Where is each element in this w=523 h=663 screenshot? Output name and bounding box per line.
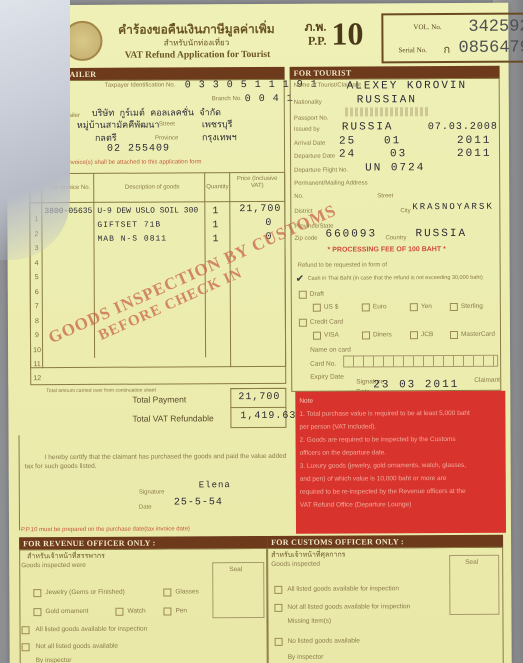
diners-checkbox[interactable] [362, 331, 370, 339]
arrival-month: 01 [384, 135, 401, 147]
zip-code-value: 660093 [325, 228, 377, 240]
form-code: ภ.พ. P.P. [296, 20, 326, 48]
row-3-qty: 1 [212, 234, 219, 245]
draft-label: Draft [310, 291, 324, 298]
pen-label: Pen [175, 607, 187, 614]
note-line: and pen) of which value is 10,000 baht o… [300, 472, 502, 486]
usd-checkbox[interactable] [313, 304, 321, 312]
revenue-goods-label: Goods inspected were [21, 562, 86, 569]
row-number: 11 [32, 361, 42, 368]
telephone-value: 02 255409 [107, 143, 170, 154]
departure-date-label: Departure Date [294, 154, 335, 161]
departure-month: 03 [390, 148, 407, 160]
row-number: 9 [32, 332, 42, 339]
vat-refund-form: คำร้องขอคืนเงินภาษีมูลค่าเพิ่ม สำหรับนัก… [6, 3, 511, 663]
cash-checkmark-icon[interactable]: ✔ [296, 274, 304, 285]
customs-missing-label: Missing item(s) [287, 618, 331, 625]
tourist-district-label: District [294, 209, 312, 216]
branch-value: 0 0 4 1 [245, 94, 294, 105]
row-number: 5 [32, 274, 42, 281]
glasses-checkbox[interactable] [163, 588, 171, 596]
serial-label: Serial No. [398, 46, 426, 54]
mastercard-checkbox[interactable] [450, 331, 458, 339]
revenue-not-all-checkbox[interactable] [22, 643, 30, 651]
note-box: Note 1. Total purchase value is required… [295, 391, 506, 534]
revenue-seal-label: Seal [229, 566, 242, 573]
tourist-street-label: Street [377, 193, 393, 200]
vol-value: 342592 [468, 18, 523, 37]
note-line: per person (VAT included). [299, 420, 501, 434]
credit-card-label: Credit Card [310, 319, 343, 326]
country-value: RUSSIA [415, 228, 467, 240]
processing-fee-notice: * PROCESSING FEE OF 100 BAHT * [328, 246, 446, 254]
note-line: required to be re-inspected by the Reven… [300, 485, 502, 499]
watch-label: Watch [127, 608, 145, 615]
note-line: officers on the departure date. [300, 446, 502, 460]
glasses-label: Glasses [175, 588, 199, 595]
arrival-date-label: Arrival Date [294, 141, 325, 148]
jcb-checkbox[interactable] [410, 331, 418, 339]
pp10-note: P.P.10 must be prepared on the purchase … [21, 526, 190, 533]
euro-checkbox[interactable] [362, 303, 370, 311]
name-on-card-label: Name on card [310, 347, 351, 354]
tourist-name-value: ALEXEY KOROVIN [347, 80, 467, 93]
customs-all-listed-label: All listed goods available for inspectio… [287, 585, 399, 593]
sterling-label: Sterling [461, 303, 483, 310]
form-number: 10 [331, 15, 363, 52]
certification-text: I hereby certify that the claimant has p… [25, 452, 293, 471]
yen-label: Yen [421, 303, 432, 310]
revenue-by-inspector-label: By inspector [36, 657, 72, 663]
retailer-date-label: Date [139, 505, 152, 512]
branch-label: Branch No. [212, 96, 242, 103]
th-description: Description of goods [112, 184, 192, 191]
note-line: VAT Refund Office (Departure Lounge) [300, 498, 502, 512]
total-payment-value: 21,700 [238, 392, 280, 403]
form-code-thai: ภ.พ. [296, 20, 326, 34]
issued-by-value: RUSSIA [342, 121, 394, 133]
province-value: กรุงเทพฯ [202, 130, 237, 144]
arrival-day: 25 [339, 135, 356, 147]
address-value: หมู่บ้านสามัคคีพัฒนา [77, 118, 160, 132]
jewelry-checkbox[interactable] [33, 589, 41, 597]
flight-value: UN 0724 [365, 162, 425, 174]
customs-goods-label: Goods inspected [271, 561, 320, 568]
note-title: Note [299, 394, 501, 408]
arrival-year: 2011 [457, 135, 491, 147]
tourist-sign-date: 23 03 2011 [373, 379, 459, 391]
tourist-no-label: No. [294, 194, 303, 201]
refund-form-label: Refund to be requested in form of [298, 262, 387, 269]
customs-not-all-checkbox[interactable] [274, 604, 282, 612]
serial-value: 08564797 [458, 39, 523, 58]
customs-seal-label: Seal [465, 559, 478, 566]
claimant-label: Claimant [474, 377, 500, 384]
retailer-signature-value: Elena [199, 480, 231, 490]
revenue-not-all-label: Not all listed goods available [36, 643, 118, 650]
diners-label: Diners [373, 331, 392, 338]
serial-prefix: ก [443, 40, 450, 58]
expiry-label: Expiry Date [310, 374, 344, 381]
visa-checkbox[interactable] [313, 332, 321, 340]
note-line: 2. Goods are required to be inspected by… [300, 433, 502, 447]
customs-all-listed-checkbox[interactable] [274, 586, 282, 594]
revenue-subtitle-thai: สำหรับเจ้าหน้าที่สรรพากร [27, 553, 105, 560]
customs-subtitle-thai: สำหรับเจ้าหน้าที่ศุลกากร [271, 552, 345, 559]
refund-cash-option: Cash in Thai Baht (in case that the refu… [308, 275, 483, 282]
customs-no-listed-label: No listed goods available [288, 637, 360, 644]
passport-issued-date: 07.03.2008 [428, 122, 498, 133]
row-number: 6 [32, 289, 42, 296]
total-vat-value: 1,419.63 [240, 411, 296, 422]
gold-ornament-checkbox[interactable] [33, 608, 41, 616]
jcb-label: JCB [421, 331, 433, 338]
jewelry-label: Jewelry (Gems or Finished) [45, 589, 125, 596]
row-1-price: 21,700 [239, 204, 281, 215]
title-thai-sub: สำหรับนักท่องเที่ยว [116, 36, 276, 50]
customs-no-listed-checkbox[interactable] [275, 638, 283, 646]
note-line: 1. Total purchase value is required to b… [299, 407, 501, 421]
revenue-all-listed-checkbox[interactable] [22, 626, 30, 634]
tourist-city-value: KRASNOYARSK [412, 202, 493, 212]
th-price: Price (Inclusive VAT) [231, 176, 283, 190]
credit-card-checkbox[interactable] [299, 319, 307, 327]
th-quantity: Quantity [206, 184, 228, 191]
vol-serial-box: VOL. No. 342592 Serial No. ก 08564797 [381, 12, 523, 63]
euro-label: Euro [373, 303, 387, 310]
zip-code-label: Zip code [294, 236, 317, 243]
row-number: 12 [32, 375, 42, 382]
departure-day: 24 [339, 148, 356, 160]
fabric-overlay [0, 0, 70, 260]
row-number: 4 [32, 260, 42, 267]
row-2-qty: 1 [212, 220, 219, 231]
watch-checkbox[interactable] [115, 608, 123, 616]
retailer-signature-label: Signature [139, 489, 165, 496]
country-label: Country [385, 235, 406, 242]
permanent-address-label: Permanent/Mailing Address [294, 180, 367, 187]
passport-label: Passport No. [294, 116, 329, 123]
title-english: VAT Refund Application for Tourist [103, 50, 293, 61]
revenue-all-listed-label: All listed goods available for inspectio… [36, 626, 148, 634]
taxpayer-label: Taxpayer Identification No. [105, 82, 176, 89]
vol-label: VOL. No. [413, 23, 441, 31]
usd-label: US $ [324, 304, 338, 311]
row-number: 8 [32, 318, 42, 325]
card-number-input[interactable] [343, 355, 498, 368]
customs-by-inspector-label: By inspector [288, 654, 324, 661]
customs-not-all-label: Not all listed goods available for inspe… [287, 603, 410, 611]
draft-checkbox[interactable] [299, 291, 307, 299]
nationality-value: RUSSIAN [357, 94, 417, 106]
departure-year: 2011 [457, 148, 491, 160]
issued-by-label: Issued by [294, 127, 320, 134]
flight-label: Departure Flight No. [294, 168, 348, 175]
row-1-qty: 1 [212, 206, 219, 217]
pen-checkbox[interactable] [163, 607, 171, 615]
note-line: 3. Luxury goods (jewelry, gold ornaments… [300, 459, 502, 473]
total-payment-label: Total Payment [132, 394, 186, 404]
gold-ornament-label: Gold ornament [45, 608, 88, 615]
province-label: Province [155, 135, 178, 142]
nationality-label: Nationality [294, 100, 322, 107]
form-header: คำร้องขอคืนเงินภาษีมูลค่าเพิ่ม สำหรับนัก… [56, 11, 496, 65]
row-number: 7 [32, 303, 42, 310]
yen-checkbox[interactable] [410, 303, 418, 311]
row-1-description: U-9 DEW USLO SOIL 300 [97, 206, 198, 216]
card-no-label: Card No. [310, 361, 336, 368]
row-2-description: GIFTSET 71B [97, 221, 161, 230]
retailer-date-value: 25-5-54 [174, 497, 223, 508]
sterling-checkbox[interactable] [450, 303, 458, 311]
row-3-description: MAB N-S 0811 [97, 234, 167, 243]
tourist-city-label: City [400, 208, 410, 215]
total-vat-label: Total VAT Refundable [132, 413, 213, 423]
certification-box [19, 434, 295, 530]
form-code-english: P.P. [296, 34, 326, 48]
mastercard-label: MasterCard [461, 331, 495, 338]
passport-value-redacted [345, 107, 430, 116]
street-label: Street [159, 121, 175, 128]
visa-label: VISA [324, 332, 339, 339]
district-value: กลตรี [95, 131, 117, 145]
row-number: 10 [32, 347, 42, 354]
